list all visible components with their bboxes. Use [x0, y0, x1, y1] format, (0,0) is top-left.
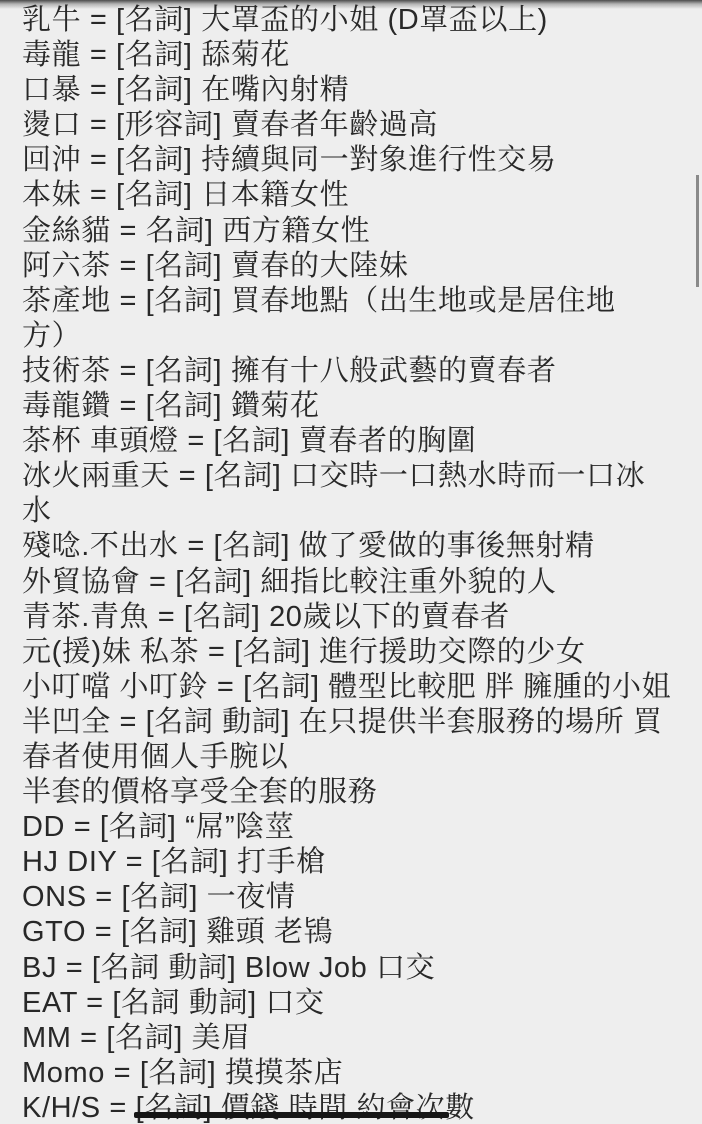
text-line: 回沖 = [名詞] 持續與同一對象進行性交易: [22, 143, 696, 178]
text-segment: DD = [名詞] “屌”陰莖: [22, 811, 294, 843]
text-line: 半凹全 = [名詞 動詞] 在只提供半套服務的場所 買: [22, 705, 696, 740]
text-segment: 冰火兩重天 = [名詞] 口交時一口熱水時而一口冰: [22, 460, 645, 492]
text-segment: 春者使用個人手腕以: [22, 741, 288, 773]
text-line: 金絲貓 = 名詞] 西方籍女性: [22, 214, 696, 249]
text-segment: EAT = [名詞 動詞] 口交: [22, 987, 325, 1019]
text-line: Momo = [名詞] 摸摸茶店: [22, 1056, 696, 1091]
text-line: HJ DIY = [名詞] 打手槍: [22, 845, 696, 880]
text-line: 毒龍 = [名詞] 舔菊花: [22, 38, 696, 73]
text-segment: 口暴 = [名詞] 在嘴內射精: [22, 74, 349, 106]
text-segment: BJ = [名詞 動詞] Blow Job 口交: [22, 952, 435, 984]
text-line: 水: [22, 494, 696, 529]
text-segment: 茶杯 車頭燈 = [名詞] 賣春者的胸圍: [22, 425, 476, 457]
text-line: 春者使用個人手腕以: [22, 740, 696, 775]
text-line: 元(援)妹 私茶 = [名詞] 進行援助交際的少女: [22, 635, 696, 670]
text-line: EAT = [名詞 動詞] 口交: [22, 986, 696, 1021]
struck-text: [名詞] 價錢 時間 約會次數: [136, 1091, 475, 1124]
text-segment: 金絲貓 = 名詞] 西方籍女性: [22, 215, 370, 247]
text-line: 半套的價格享受全套的服務: [22, 775, 696, 810]
text-line: 小叮噹 小叮鈴 = [名詞] 體型比較肥 胖 臃腫的小姐: [22, 670, 696, 705]
text-line: 茶杯 車頭燈 = [名詞] 賣春者的胸圍: [22, 424, 696, 459]
text-line: 阿六茶 = [名詞] 賣春的大陸妹: [22, 249, 696, 284]
text-line: ONS = [名詞] 一夜情: [22, 880, 696, 915]
text-segment: 小叮噹 小叮鈴 = [名詞] 體型比較肥 胖 臃腫的小姐: [22, 671, 671, 703]
text-segment: 乳牛 = [名詞] 大罩盃的小姐 (D罩盃以上): [22, 4, 548, 36]
text-line: 冰火兩重天 = [名詞] 口交時一口熱水時而一口冰: [22, 459, 696, 494]
text-segment: MM = [名詞] 美眉: [22, 1022, 251, 1054]
text-segment: 青茶.青魚 = [名詞] 20歲以下的賣春者: [22, 601, 510, 633]
text-segment: 殘唸.不出水 = [名詞] 做了愛做的事後無射精: [22, 530, 595, 562]
text-segment: 毒龍鑽 = [名詞] 鑽菊花: [22, 390, 320, 422]
text-line: 技術茶 = [名詞] 擁有十八般武藝的賣春者: [22, 354, 696, 389]
text-line: 口暴 = [名詞] 在嘴內射精: [22, 73, 696, 108]
text-segment: 水: [22, 495, 52, 527]
text-segment: 茶產地 = [名詞] 買春地點（出生地或是居住地: [22, 285, 616, 317]
text-line: GTO = [名詞] 雞頭 老鴇: [22, 915, 696, 950]
text-segment: 回沖 = [名詞] 持續與同一對象進行性交易: [22, 144, 556, 176]
text-line: 殘唸.不出水 = [名詞] 做了愛做的事後無射精: [22, 529, 696, 564]
scrollbar-thumb[interactable]: [696, 175, 699, 287]
text-line: 乳牛 = [名詞] 大罩盃的小姐 (D罩盃以上): [22, 3, 696, 38]
text-line: 本妹 = [名詞] 日本籍女性: [22, 178, 696, 213]
text-line: 方）: [22, 319, 696, 354]
text-segment: 方）: [22, 320, 81, 352]
text-segment: 本妹 = [名詞] 日本籍女性: [22, 179, 349, 211]
text-line: 青茶.青魚 = [名詞] 20歲以下的賣春者: [22, 600, 696, 635]
text-line: 毒龍鑽 = [名詞] 鑽菊花: [22, 389, 696, 424]
text-segment: K/H/S =: [22, 1092, 136, 1124]
text-segment: 外貿協會 = [名詞] 細指比較注重外貌的人: [22, 566, 556, 598]
text-segment: 阿六茶 = [名詞] 賣春的大陸妹: [22, 250, 408, 282]
text-segment: GTO = [名詞] 雞頭 老鴇: [22, 916, 333, 948]
text-segment: Momo = [名詞] 摸摸茶店: [22, 1057, 343, 1089]
text-segment: 毒龍 = [名詞] 舔菊花: [22, 39, 290, 71]
text-line: 茶產地 = [名詞] 買春地點（出生地或是居住地: [22, 284, 696, 319]
text-segment: 半凹全 = [名詞 動詞] 在只提供半套服務的場所 買: [22, 706, 663, 738]
text-line: 燙口 = [形容詞] 賣春者年齡過高: [22, 108, 696, 143]
glossary-text: 乳牛 = [名詞] 大罩盃的小姐 (D罩盃以上)毒龍 = [名詞] 舔菊花口暴 …: [22, 3, 696, 1124]
text-line: DD = [名詞] “屌”陰莖: [22, 810, 696, 845]
text-segment: 技術茶 = [名詞] 擁有十八般武藝的賣春者: [22, 355, 556, 387]
text-line: BJ = [名詞 動詞] Blow Job 口交: [22, 951, 696, 986]
text-segment: HJ DIY = [名詞] 打手槍: [22, 846, 326, 878]
text-line: 外貿協會 = [名詞] 細指比較注重外貌的人: [22, 565, 696, 600]
text-segment: ONS = [名詞] 一夜情: [22, 881, 295, 913]
text-line: K/H/S = [名詞] 價錢 時間 約會次數: [22, 1091, 696, 1124]
text-segment: 半套的價格享受全套的服務: [22, 776, 377, 808]
text-line: MM = [名詞] 美眉: [22, 1021, 696, 1056]
text-segment: 元(援)妹 私茶 = [名詞] 進行援助交際的少女: [22, 636, 586, 668]
text-segment: 燙口 = [形容詞] 賣春者年齡過高: [22, 109, 438, 141]
